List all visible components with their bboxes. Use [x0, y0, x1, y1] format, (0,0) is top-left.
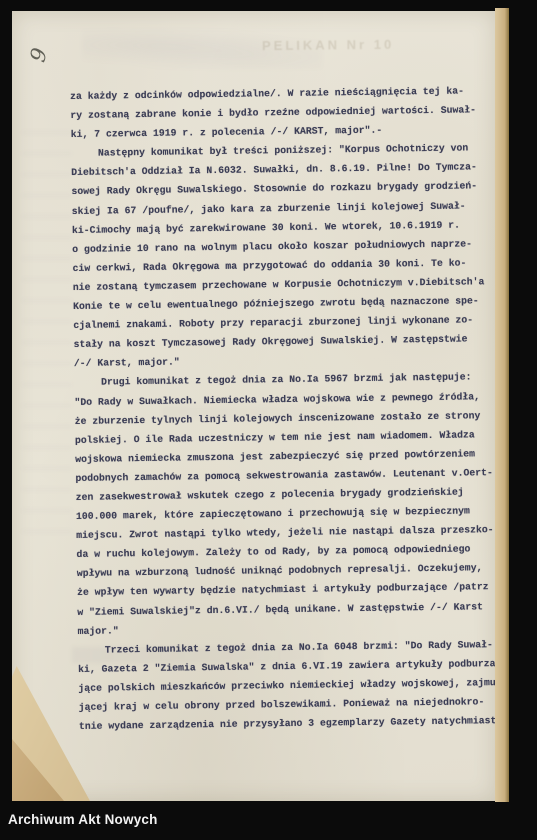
handwritten-page-number: 9 — [25, 45, 52, 64]
scanned-document-page: { "frame": { "archive_label": "Archiwum … — [0, 0, 537, 840]
paper-sheet: PELIKAN Nr 10 9 za każdy z odcinków odpo… — [12, 11, 495, 801]
paper-watermark-text: PELIKAN Nr 10 — [262, 36, 482, 53]
archive-watermark-label: Archiwum Akt Nowych — [8, 812, 158, 827]
typewritten-text-block: za każdy z odcinków odpowiedzialne/. W r… — [70, 81, 495, 736]
underlying-page-edge — [495, 8, 509, 802]
bleedthrough-stain — [22, 131, 72, 551]
